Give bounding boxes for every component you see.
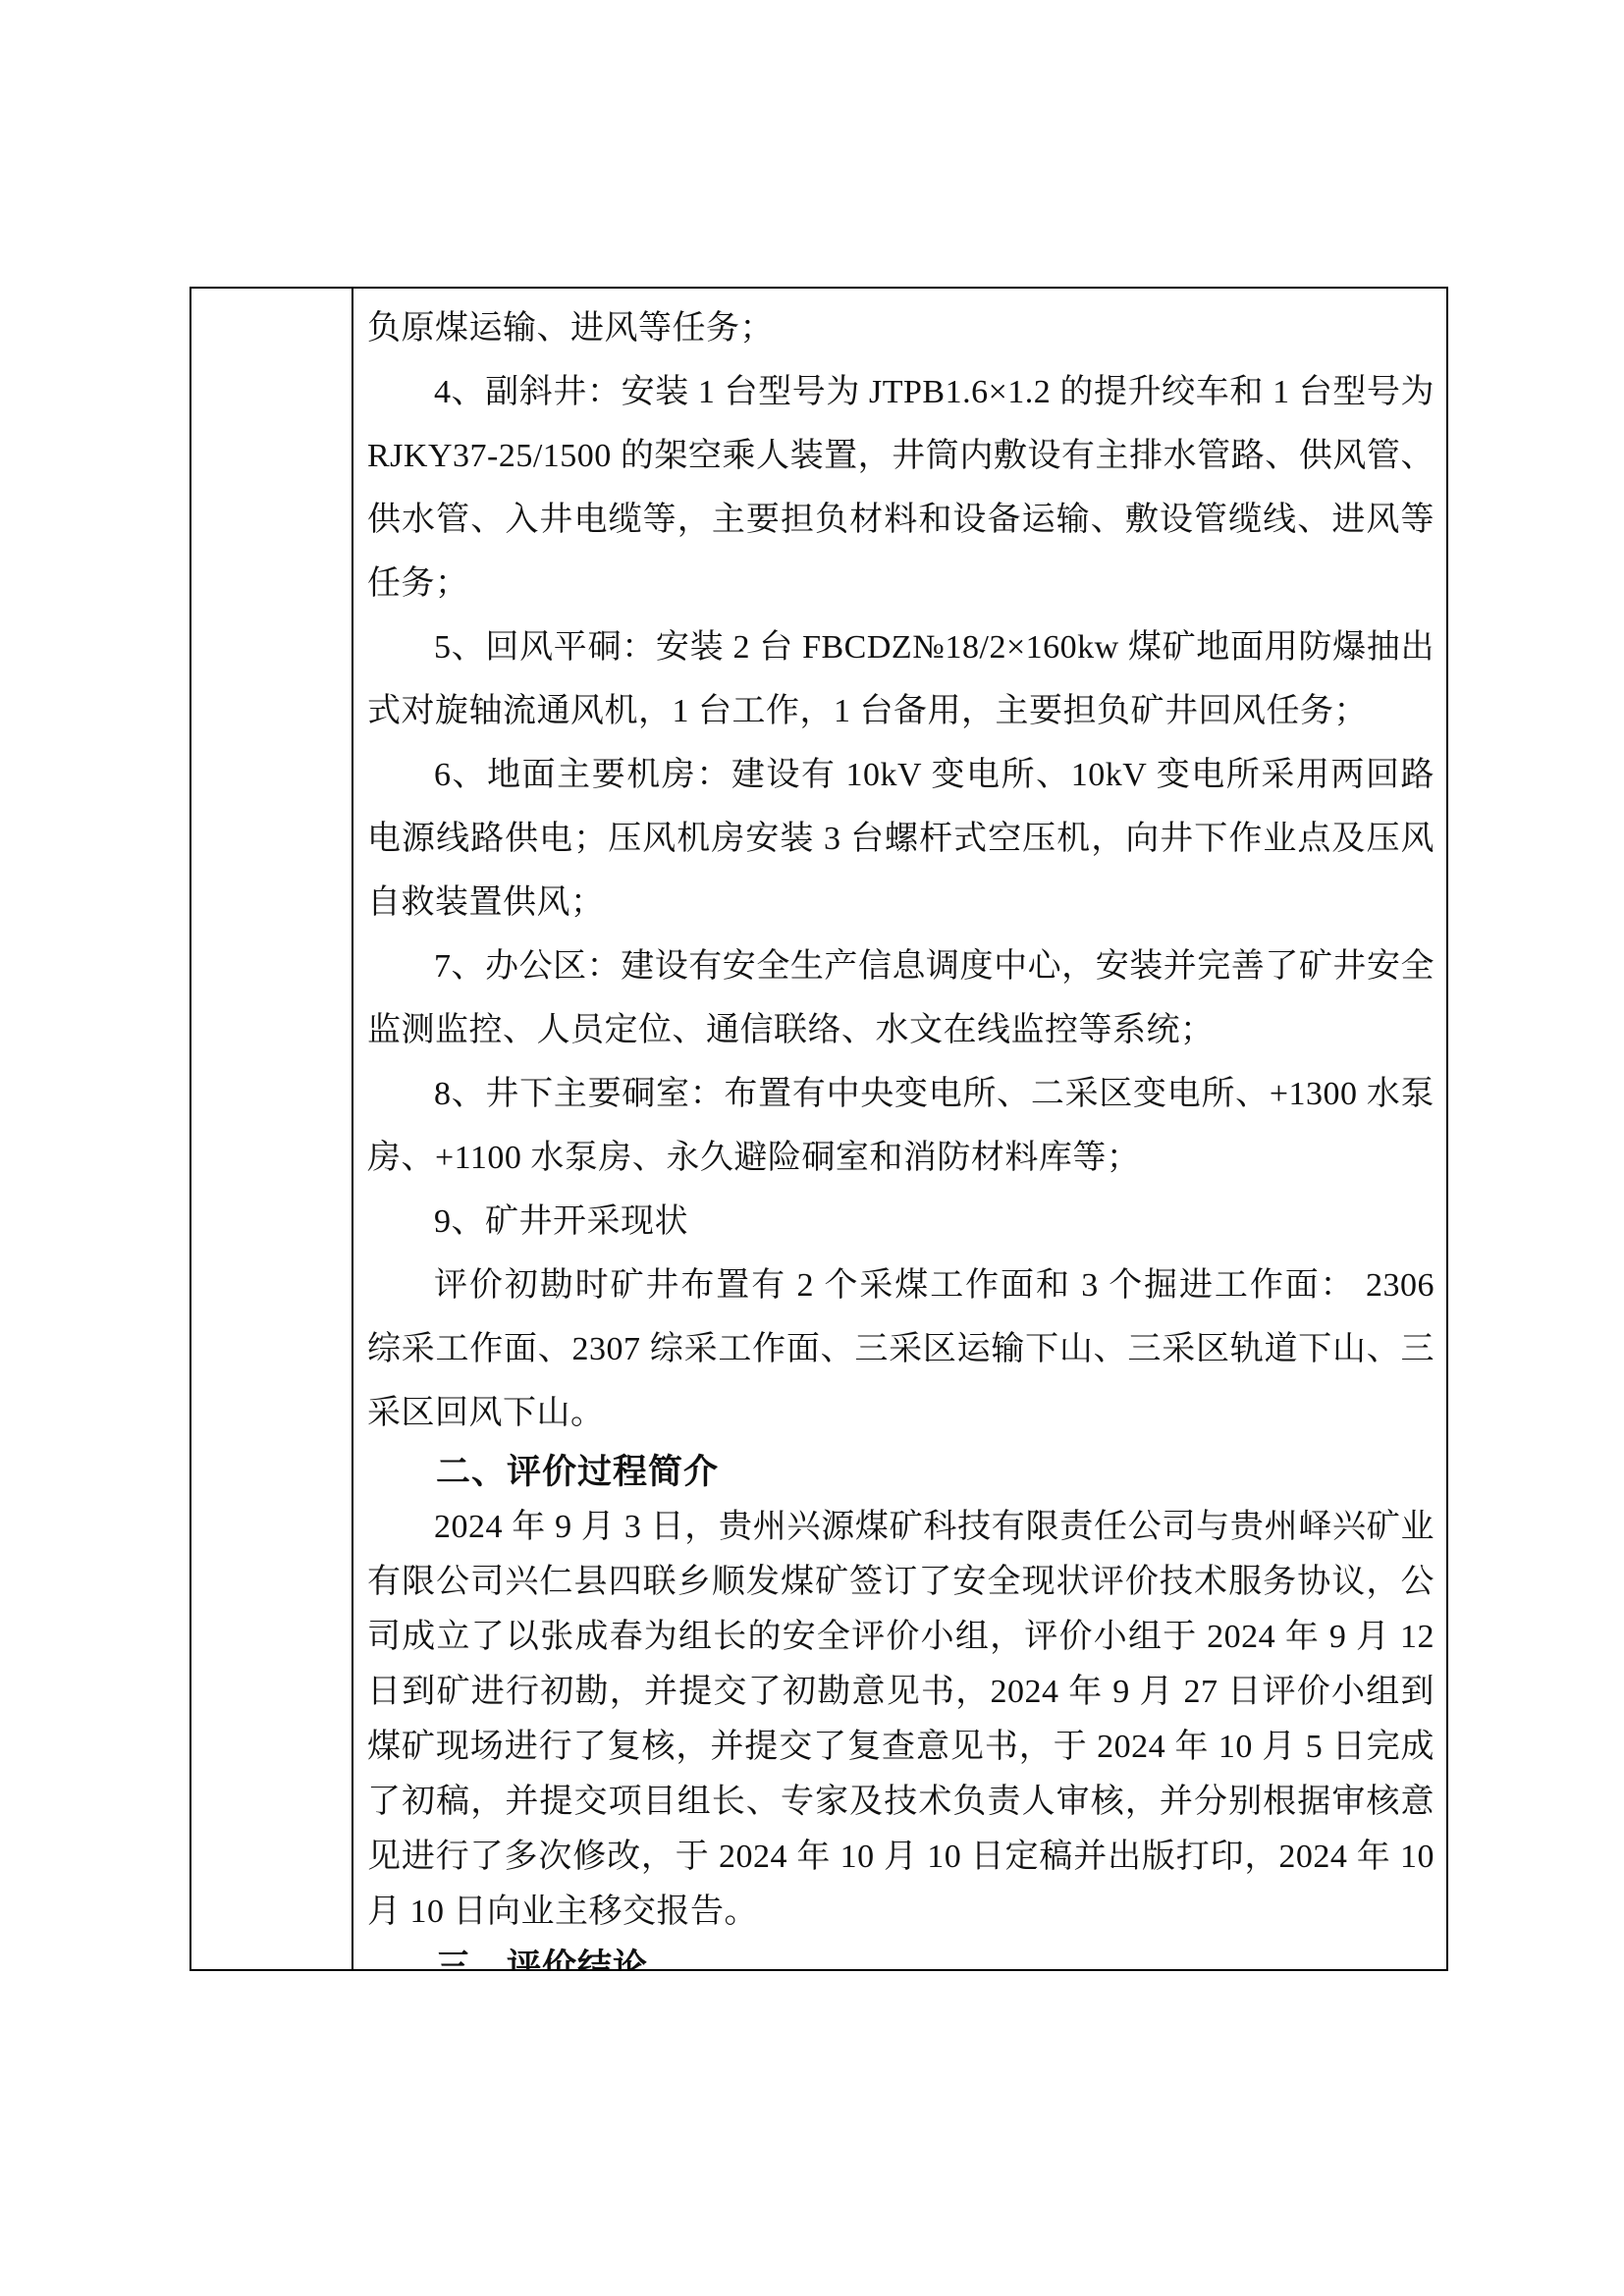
paragraph-working-faces: 评价初勘时矿井布置有 2 个采煤工作面和 3 个掘进工作面： 2306 综采工作… — [367, 1254, 1435, 1445]
paragraph-item-9-mining-status: 9、矿井开采现状 — [367, 1190, 1435, 1254]
paragraph-continuation: 负原煤运输、进风等任务； — [367, 296, 1435, 360]
paragraph-item-4-auxiliary-shaft: 4、副斜井：安装 1 台型号为 JTPB1.6×1.2 的提升绞车和 1 台型号… — [367, 360, 1435, 615]
section-heading-3-evaluation-conclusion: 三、评价结论 — [367, 1940, 1435, 1969]
paragraph-item-7-office-area: 7、办公区：建设有安全生产信息调度中心，安装并完善了矿井安全监测监控、人员定位、… — [367, 934, 1435, 1062]
report-table: 负原煤运输、进风等任务； 4、副斜井：安装 1 台型号为 JTPB1.6×1.2… — [189, 287, 1448, 1971]
paragraph-item-6-surface-rooms: 6、地面主要机房：建设有 10kV 变电所、10kV 变电所采用两回路电源线路供… — [367, 743, 1435, 934]
section-heading-2-evaluation-process: 二、评价过程简介 — [367, 1445, 1435, 1500]
table-row-header-cell — [191, 289, 353, 1969]
document-page: 负原煤运输、进风等任务； 4、副斜井：安装 1 台型号为 JTPB1.6×1.2… — [0, 0, 1624, 2296]
content-block-upper: 负原煤运输、进风等任务； 4、副斜井：安装 1 台型号为 JTPB1.6×1.2… — [367, 296, 1435, 1445]
content-block-lower: 二、评价过程简介 2024 年 9 月 3 日，贵州兴源煤矿科技有限责任公司与贵… — [367, 1445, 1435, 1969]
paragraph-item-8-underground-chambers: 8、井下主要硐室：布置有中央变电所、二采区变电所、+1300 水泵房、+1100… — [367, 1062, 1435, 1190]
paragraph-item-5-return-airway: 5、回风平硐：安装 2 台 FBCDZ№18/2×160kw 煤矿地面用防爆抽出… — [367, 615, 1435, 743]
paragraph-evaluation-process: 2024 年 9 月 3 日，贵州兴源煤矿科技有限责任公司与贵州峄兴矿业有限公司… — [367, 1500, 1435, 1940]
table-content-cell: 负原煤运输、进风等任务； 4、副斜井：安装 1 台型号为 JTPB1.6×1.2… — [353, 289, 1446, 1969]
